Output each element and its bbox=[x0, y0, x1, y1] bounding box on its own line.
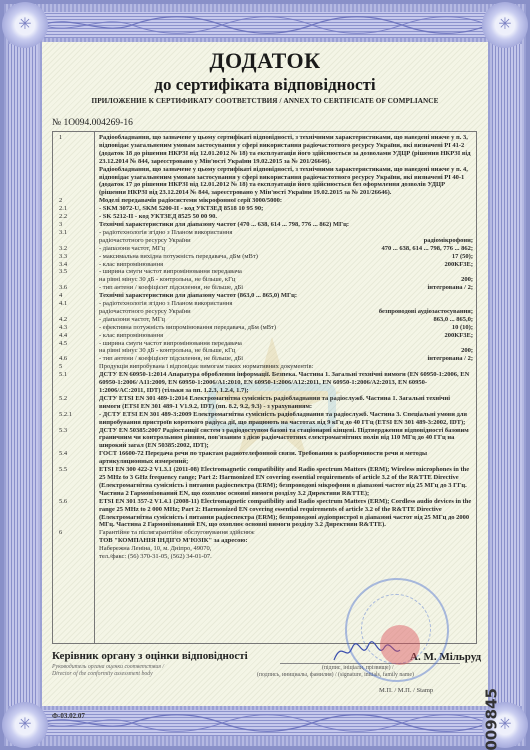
signatory-title-ru: Руководитель органа оценки соответствия … bbox=[52, 664, 164, 670]
specification-rows: 1Радіообладнання, що зазначене у цьому с… bbox=[53, 134, 476, 561]
row-number: 5.2 bbox=[53, 395, 94, 411]
row-content: - тип антени / коефіцієнт підсилення, не… bbox=[94, 355, 476, 363]
table-row: 5.3ДСТУ EN 50385:2007 Радіостанції систе… bbox=[53, 427, 476, 451]
row-text: - ширина смуги частот випромінювання пер… bbox=[99, 268, 242, 276]
row-text: - клас випромінювання bbox=[99, 261, 163, 269]
row-number: 3.4 bbox=[53, 261, 94, 269]
form-code: Ф-03.02.07 bbox=[52, 712, 85, 720]
row-value: інтегрована / 2; bbox=[427, 284, 473, 292]
row-text: Технічні характеристики для діапазону ча… bbox=[99, 221, 349, 229]
row-number: 5 bbox=[53, 363, 94, 371]
row-value: 17 (50); bbox=[452, 253, 473, 261]
row-number bbox=[53, 308, 94, 316]
row-number: 3.1 bbox=[53, 229, 94, 237]
row-content: Продукція випробувана і відповідає вимог… bbox=[94, 363, 476, 371]
row-content: - SKM 3072-U, SKM 5200-II - код УКТЗЕД 8… bbox=[94, 205, 476, 213]
specification-table: 1Радіообладнання, що зазначене у цьому с… bbox=[52, 131, 477, 644]
table-row: на рівні мінус 30 дБ - контрольна, не бі… bbox=[53, 276, 476, 284]
table-row: 3.4- клас випромінювання200KF3E; bbox=[53, 261, 476, 269]
table-row: 5Продукція випробувана і відповідає вимо… bbox=[53, 363, 476, 371]
row-content: - діапазони частот, МГц470 ... 638, 614 … bbox=[94, 245, 476, 253]
signatory-title: Керівник органу з оцінки відповідності bbox=[52, 650, 248, 662]
row-number: 5.3 bbox=[53, 427, 94, 451]
row-text: Моделі передавачів радіосистеми мікрофон… bbox=[99, 197, 282, 205]
table-row: радіочастотного ресурсу Українирадіомікр… bbox=[53, 237, 476, 245]
row-number: 3.6 bbox=[53, 284, 94, 292]
row-number bbox=[53, 347, 94, 355]
row-value: 10 (10); bbox=[452, 324, 473, 332]
row-content: Радіообладнання, що зазначене у цьому се… bbox=[94, 166, 476, 198]
red-seal-icon bbox=[380, 625, 420, 665]
decorative-band-top bbox=[42, 12, 488, 38]
document-title: ДОДАТОК bbox=[42, 48, 488, 74]
row-content: - ширина смуги частот випромінювання пер… bbox=[94, 340, 476, 348]
table-row: 5.6ETSI EN 301 357-2 V1.4.1 (2008-11) El… bbox=[53, 498, 476, 530]
row-value: радіомікрофони; bbox=[424, 237, 473, 245]
table-row: 4.6- тип антени / коефіцієнт підсилення,… bbox=[53, 355, 476, 363]
row-text: Продукція випробувана і відповідає вимог… bbox=[99, 363, 313, 371]
table-row: 4.1- радіотехнологія згідно з Планом вик… bbox=[53, 300, 476, 308]
row-text: ТОВ "КОМПАНІЯ ІНДІГО М'ЮЗІК" за адресою: bbox=[99, 537, 248, 545]
row-content: Технічні характеристики для діапазону ча… bbox=[94, 292, 476, 300]
table-row: 3.3- максимальна вихідна потужність пере… bbox=[53, 253, 476, 261]
row-value: 200KF3E; bbox=[444, 261, 473, 269]
row-content: Радіообладнання, що зазначене у цьому се… bbox=[94, 134, 476, 166]
row-text: ETSI EN 300 422-2 V1.3.1 (2011-08) Elect… bbox=[99, 466, 473, 498]
row-number: 5.4 bbox=[53, 450, 94, 466]
row-content: - радіотехнологія згідно з Планом викори… bbox=[94, 300, 476, 308]
table-row: 4.2- діапазони частот, МГц863,0 ... 865,… bbox=[53, 316, 476, 324]
row-number: 3 bbox=[53, 221, 94, 229]
table-row: 2Моделі передавачів радіосистеми мікрофо… bbox=[53, 197, 476, 205]
row-content: ДСТУ EN 60950-1:2014 Апаратура обробленн… bbox=[94, 371, 476, 395]
row-number: 3.2 bbox=[53, 245, 94, 253]
table-row: 3.1- радіотехнологія згідно з Планом вик… bbox=[53, 229, 476, 237]
row-number bbox=[53, 276, 94, 284]
row-text: - тип антени / коефіцієнт підсилення, не… bbox=[99, 355, 243, 363]
row-number bbox=[53, 537, 94, 545]
table-row: 1Радіообладнання, що зазначене у цьому с… bbox=[53, 134, 476, 166]
row-content: Набережна Леніна, 10, м. Дніпро, 49070, bbox=[94, 545, 476, 553]
row-number: 6 bbox=[53, 529, 94, 537]
row-number: 2.2 bbox=[53, 213, 94, 221]
row-content: - ефективна потужність випромінювання пе… bbox=[94, 324, 476, 332]
row-text: - ширина смуги частот випромінювання пер… bbox=[99, 340, 242, 348]
row-number: 3.3 bbox=[53, 253, 94, 261]
row-content: - SK 5212-II - код УКТЗЕД 8525 50 00 90. bbox=[94, 213, 476, 221]
table-row: 3.2- діапазони частот, МГц470 ... 638, 6… bbox=[53, 245, 476, 253]
row-text: ETSI EN 301 357-2 V1.4.1 (2008-11) Elect… bbox=[99, 498, 473, 530]
certificate-number: № 1О094.004269-16 bbox=[52, 118, 133, 128]
row-content: Моделі передавачів радіосистеми мікрофон… bbox=[94, 197, 476, 205]
row-number: 1 bbox=[53, 134, 94, 166]
row-number: 3.5 bbox=[53, 268, 94, 276]
row-text: ДСТУ ETSI EN 301 489-1:2014 Електромагні… bbox=[99, 395, 473, 411]
table-row: Набережна Леніна, 10, м. Дніпро, 49070, bbox=[53, 545, 476, 553]
row-text: Радіообладнання, що зазначене у цьому се… bbox=[99, 134, 473, 166]
row-value: 200; bbox=[461, 276, 473, 284]
row-number: 4.4 bbox=[53, 332, 94, 340]
row-text: ДСТУ EN 50385:2007 Радіостанції систем з… bbox=[99, 427, 473, 451]
row-content: - діапазони частот, МГц863,0 ... 865,0; bbox=[94, 316, 476, 324]
document-subtitle-multilang: ПРИЛОЖЕНИЕ К СЕРТИФИКАТУ СООТВЕТСТВИЯ / … bbox=[42, 97, 488, 105]
row-text: Гарантійне та післягарантійне обслуговув… bbox=[99, 529, 255, 537]
row-text: - ефективна потужність випромінювання пе… bbox=[99, 324, 276, 332]
row-content: - клас випромінювання200KF3E; bbox=[94, 261, 476, 269]
table-row: ТОВ "КОМПАНІЯ ІНДІГО М'ЮЗІК" за адресою: bbox=[53, 537, 476, 545]
row-content: на рівні мінус 30 дБ - контрольна, не бі… bbox=[94, 347, 476, 355]
row-content: - тип антени / коефіцієнт підсилення, не… bbox=[94, 284, 476, 292]
rosette-icon bbox=[482, 2, 528, 48]
document-subtitle: до сертифіката відповідності bbox=[42, 75, 488, 95]
row-content: Гарантійне та післягарантійне обслуговув… bbox=[94, 529, 476, 537]
stamp-label: М.П. / М.П. / Stamp bbox=[379, 687, 433, 694]
row-number: 2.1 bbox=[53, 205, 94, 213]
row-number: 5.6 bbox=[53, 498, 94, 530]
row-content: - ДСТУ ETSI EN 301 489-3:2009 Електромаг… bbox=[94, 411, 476, 427]
row-content: ETSI EN 301 357-2 V1.4.1 (2008-11) Elect… bbox=[94, 498, 476, 530]
row-text: - клас випромінювання bbox=[99, 332, 163, 340]
row-content: тел./факс: (56) 370-31-05, (562) 34-01-0… bbox=[94, 553, 476, 561]
row-text: - SKM 3072-U, SKM 5200-II - код УКТЗЕД 8… bbox=[99, 205, 263, 213]
rosette-icon bbox=[2, 702, 48, 748]
row-content: ДСТУ EN 50385:2007 Радіостанції систем з… bbox=[94, 427, 476, 451]
row-text: радіочастотного ресурсу України bbox=[99, 237, 191, 245]
table-row: 4Технічні характеристики для діапазону ч… bbox=[53, 292, 476, 300]
row-text: на рівні мінус 30 дБ - контрольна, не бі… bbox=[99, 347, 235, 355]
row-text: тел./факс: (56) 370-31-05, (562) 34-01-0… bbox=[99, 553, 212, 561]
row-number: 4.2 bbox=[53, 316, 94, 324]
row-text: Технічні характеристики для діапазону ча… bbox=[99, 292, 297, 300]
row-number: 5.2.1 bbox=[53, 411, 94, 427]
row-number: 4.6 bbox=[53, 355, 94, 363]
row-text: ГОСТ 16600-72 Передача речи по трактам р… bbox=[99, 450, 473, 466]
row-value: 200KF3E; bbox=[444, 332, 473, 340]
row-content: - радіотехнологія згідно з Планом викори… bbox=[94, 229, 476, 237]
row-text: - SK 5212-II - код УКТЗЕД 8525 50 00 90. bbox=[99, 213, 217, 221]
table-row: 4.4- клас випромінювання200KF3E; bbox=[53, 332, 476, 340]
table-row: 5.2ДСТУ ETSI EN 301 489-1:2014 Електрома… bbox=[53, 395, 476, 411]
certificate-page: ДОДАТОК до сертифіката відповідності ПРИ… bbox=[0, 0, 530, 750]
table-row: 6Гарантійне та післягарантійне обслугову… bbox=[53, 529, 476, 537]
table-row: 2.1- SKM 3072-U, SKM 5200-II - код УКТЗЕ… bbox=[53, 205, 476, 213]
row-number: 5.1 bbox=[53, 371, 94, 395]
row-number: 5.5 bbox=[53, 466, 94, 498]
row-text: - максимальна вихідна потужність передав… bbox=[99, 253, 258, 261]
row-text: - діапазони частот, МГц bbox=[99, 245, 165, 253]
table-row: на рівні мінус 30 дБ - контрольна, не бі… bbox=[53, 347, 476, 355]
row-text: - ДСТУ ETSI EN 301 489-3:2009 Електромаг… bbox=[99, 411, 473, 427]
table-row: 3.5- ширина смуги частот випромінювання … bbox=[53, 268, 476, 276]
table-row: 3.6- тип антени / коефіцієнт підсилення,… bbox=[53, 284, 476, 292]
row-value: 470 ... 638, 614 ... 798, 776 ... 862; bbox=[381, 245, 473, 253]
table-row: 5.5ETSI EN 300 422-2 V1.3.1 (2011-08) El… bbox=[53, 466, 476, 498]
row-content: радіочастотного ресурсу Українибезпровод… bbox=[94, 308, 476, 316]
row-content: ДСТУ ETSI EN 301 489-1:2014 Електромагні… bbox=[94, 395, 476, 411]
signatory-title-en: Director of the conformity assessment bo… bbox=[52, 671, 153, 677]
table-row: 3Технічні характеристики для діапазону ч… bbox=[53, 221, 476, 229]
decorative-band-bottom bbox=[42, 710, 488, 736]
row-number: 4.3 bbox=[53, 324, 94, 332]
table-row: 5.1ДСТУ EN 60950-1:2014 Апаратура обробл… bbox=[53, 371, 476, 395]
table-row: радіочастотного ресурсу Українибезпровод… bbox=[53, 308, 476, 316]
row-text: - тип антени / коефіцієнт підсилення, не… bbox=[99, 284, 243, 292]
row-text: Набережна Леніна, 10, м. Дніпро, 49070, bbox=[99, 545, 211, 553]
row-content: Технічні характеристики для діапазону ча… bbox=[94, 221, 476, 229]
row-number bbox=[53, 545, 94, 553]
serial-number: 009845 bbox=[483, 688, 501, 750]
row-content: - клас випромінювання200KF3E; bbox=[94, 332, 476, 340]
row-number bbox=[53, 166, 94, 198]
table-row: 2.2- SK 5212-II - код УКТЗЕД 8525 50 00 … bbox=[53, 213, 476, 221]
table-row: 5.2.1- ДСТУ ETSI EN 301 489-3:2009 Елект… bbox=[53, 411, 476, 427]
table-row: 4.5- ширина смуги частот випромінювання … bbox=[53, 340, 476, 348]
row-content: ETSI EN 300 422-2 V1.3.1 (2011-08) Elect… bbox=[94, 466, 476, 498]
row-value: безпроводові аудіозастосування; bbox=[379, 308, 473, 316]
row-number: 4 bbox=[53, 292, 94, 300]
decorative-side-left bbox=[8, 44, 38, 706]
table-row: 4.3- ефективна потужність випромінювання… bbox=[53, 324, 476, 332]
row-content: радіочастотного ресурсу Українирадіомікр… bbox=[94, 237, 476, 245]
row-text: ДСТУ EN 60950-1:2014 Апаратура обробленн… bbox=[99, 371, 473, 395]
row-content: - максимальна вихідна потужність передав… bbox=[94, 253, 476, 261]
row-text: радіочастотного ресурсу України bbox=[99, 308, 191, 316]
row-text: Радіообладнання, що зазначене у цьому се… bbox=[99, 166, 473, 198]
row-number: 4.1 bbox=[53, 300, 94, 308]
row-content: - ширина смуги частот випромінювання пер… bbox=[94, 268, 476, 276]
row-text: - діапазони частот, МГц bbox=[99, 316, 165, 324]
row-content: на рівні мінус 30 дБ - контрольна, не бі… bbox=[94, 276, 476, 284]
decorative-side-right bbox=[492, 44, 522, 706]
row-number bbox=[53, 237, 94, 245]
table-row: Радіообладнання, що зазначене у цьому се… bbox=[53, 166, 476, 198]
table-row: тел./факс: (56) 370-31-05, (562) 34-01-0… bbox=[53, 553, 476, 561]
row-number: 4.5 bbox=[53, 340, 94, 348]
row-value: 200; bbox=[461, 347, 473, 355]
row-value: 863,0 ... 865,0; bbox=[433, 316, 473, 324]
row-content: ТОВ "КОМПАНІЯ ІНДІГО М'ЮЗІК" за адресою: bbox=[94, 537, 476, 545]
row-content: ГОСТ 16600-72 Передача речи по трактам р… bbox=[94, 450, 476, 466]
row-text: - радіотехнологія згідно з Планом викори… bbox=[99, 229, 232, 237]
row-number bbox=[53, 553, 94, 561]
row-number: 2 bbox=[53, 197, 94, 205]
table-row: 5.4ГОСТ 16600-72 Передача речи по тракта… bbox=[53, 450, 476, 466]
row-value: інтегрована / 2; bbox=[427, 355, 473, 363]
row-text: - радіотехнологія згідно з Планом викори… bbox=[99, 300, 232, 308]
row-text: на рівні мінус 30 дБ - контрольна, не бі… bbox=[99, 276, 235, 284]
